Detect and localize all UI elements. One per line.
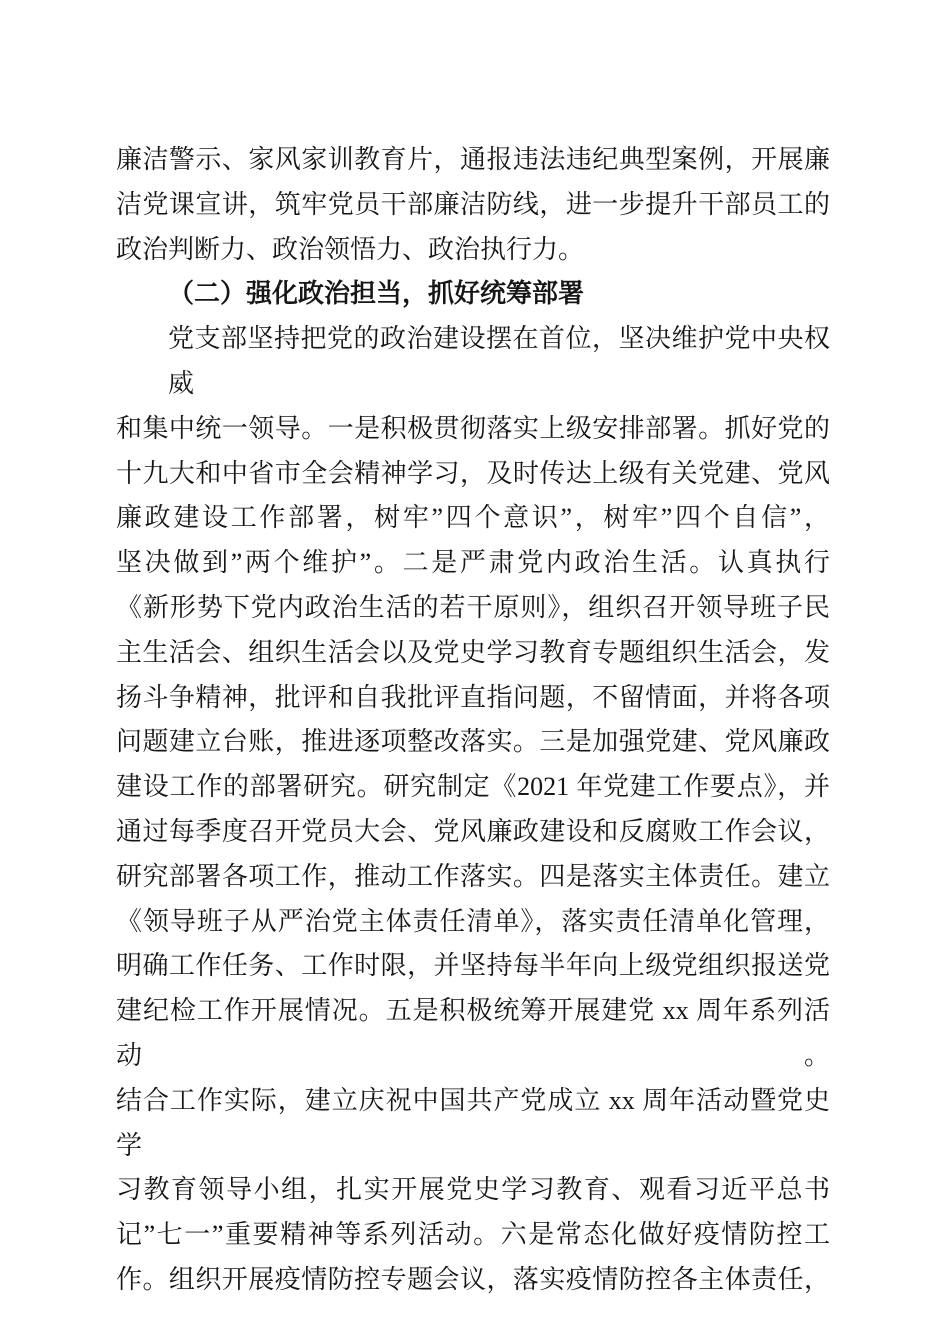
document-line: 研究部署各项工作，推动工作落实。四是落实主体责任。建立 xyxy=(116,855,830,900)
document-line: 坚决做到”两个维护”。二是严肃党内政治生活。认真执行 xyxy=(116,541,830,586)
document-text-block: 廉洁警示、家风家训教育片，通报违法违纪典型案例，开展廉洁党课宣讲，筑牢党员干部廉… xyxy=(116,138,830,1303)
document-line: 明确工作任务、工作时限，并坚持每半年向上级党组织报送党 xyxy=(116,944,830,989)
section-heading: （二）强化政治担当，抓好统筹部署 xyxy=(116,272,830,317)
document-line: 党支部坚持把党的政治建设摆在首位，坚决维护党中央权威 xyxy=(116,317,830,407)
document-line: 建纪检工作开展情况。五是积极统筹开展建党 xx 周年系列活动。 xyxy=(116,989,830,1079)
document-line: 作。组织开展疫情防控专题会议，落实疫情防控各主体责任， xyxy=(116,1258,830,1303)
document-line: 《新形势下党内政治生活的若干原则》，组织召开领导班子民 xyxy=(116,586,830,631)
document-line: 主生活会、组织生活会以及党史学习教育专题组织生活会，发 xyxy=(116,631,830,676)
document-line: 洁党课宣讲，筑牢党员干部廉洁防线，进一步提升干部员工的 xyxy=(116,183,830,228)
document-line: 结合工作实际，建立庆祝中国共产党成立 xx 周年活动暨党史学 xyxy=(116,1079,830,1169)
document-line: 通过每季度召开党员大会、党风廉政建设和反腐败工作会议， xyxy=(116,810,830,855)
document-line: 建设工作的部署研究。研究制定《2021 年党建工作要点》，并 xyxy=(116,765,830,810)
document-line: 廉洁警示、家风家训教育片，通报违法违纪典型案例，开展廉 xyxy=(116,138,830,183)
document-line: 问题建立台账，推进逐项整改落实。三是加强党建、党风廉政 xyxy=(116,720,830,765)
document-line: 十九大和中省市全会精神学习，及时传达上级有关党建、党风 xyxy=(116,452,830,497)
document-line: 政治判断力、政治领悟力、政治执行力。 xyxy=(116,228,830,273)
document-line: 《领导班子从严治党主体责任清单》，落实责任清单化管理， xyxy=(116,900,830,945)
document-line: 扬斗争精神，批评和自我批评直指问题，不留情面，并将各项 xyxy=(116,676,830,721)
document-line: 和集中统一领导。一是积极贯彻落实上级安排部署。抓好党的 xyxy=(116,407,830,452)
document-line: 记”七一”重要精神等系列活动。六是常态化做好疫情防控工 xyxy=(116,1213,830,1258)
document-line: 廉政建设工作部署，树牢”四个意识”，树牢”四个自信”， xyxy=(116,496,830,541)
document-page: 廉洁警示、家风家训教育片，通报违法违纪典型案例，开展廉洁党课宣讲，筑牢党员干部廉… xyxy=(0,0,950,1344)
document-line: 习教育领导小组，扎实开展党史学习教育、观看习近平总书 xyxy=(116,1168,830,1213)
